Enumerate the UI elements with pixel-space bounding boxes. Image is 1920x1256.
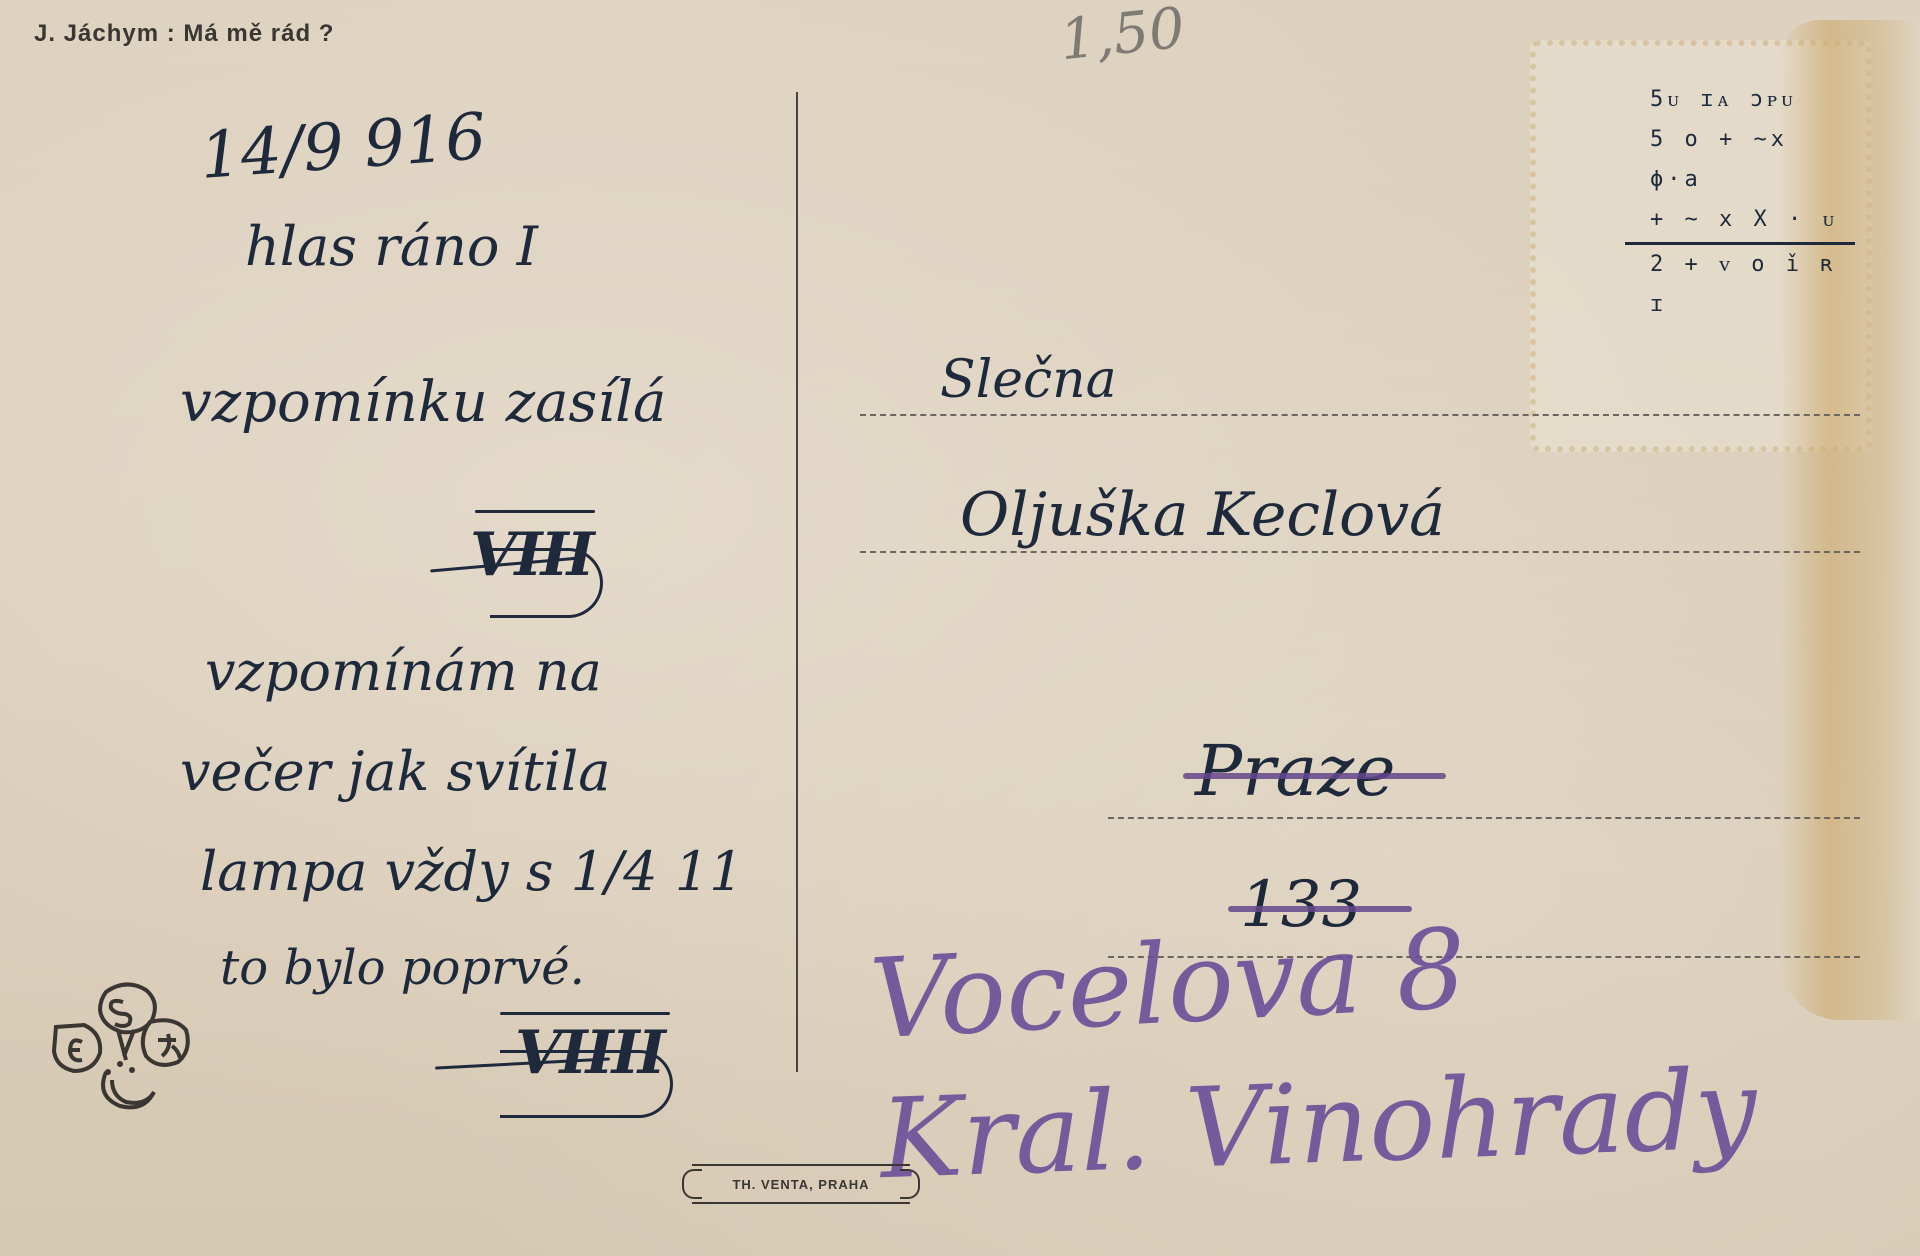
message-date: 14/9 916 xyxy=(198,100,489,194)
address-line-2 xyxy=(860,551,1860,553)
message-line-1: hlas ráno I xyxy=(245,215,538,278)
address-new-street: Vocelova 8 xyxy=(867,904,1469,1063)
address-salutation: Slečna xyxy=(940,350,1117,410)
message-line-2: vzpomínku zasílá xyxy=(180,370,666,435)
printer-imprint: TH. VENTA, PRAHA xyxy=(692,1164,910,1204)
printed-header-title: J. Jáchym : Má mě rád ? xyxy=(34,20,334,48)
address-name: Oljuška Keclová xyxy=(960,480,1445,550)
cipher-note: 5ᴜ ɪᴀ ɔᴘᴜ 5 o + ~x ϕ·a + ~ x X · ᴜ 2 + ᴠ… xyxy=(1650,80,1850,325)
publisher-monogram-logo xyxy=(48,972,198,1117)
center-divider xyxy=(796,92,798,1072)
message-line-6: to bylo poprvé. xyxy=(220,940,585,996)
postcard-back: J. Jáchym : Má mě rád ? 1,50 14/9 916 hl… xyxy=(0,0,1920,1256)
pencil-price: 1,50 xyxy=(1057,0,1188,73)
address-line-3 xyxy=(1108,817,1860,819)
address-town-crossed: Praze xyxy=(1195,730,1396,812)
address-line-1 xyxy=(860,414,1860,416)
message-line-5: lampa vždy s 1/4 11 xyxy=(200,840,743,903)
address-new-district: Kral. Vinohrady xyxy=(878,1045,1759,1204)
message-line-4: večer jak svítila xyxy=(180,740,610,803)
message-line-3: vzpomínám na xyxy=(205,640,602,703)
